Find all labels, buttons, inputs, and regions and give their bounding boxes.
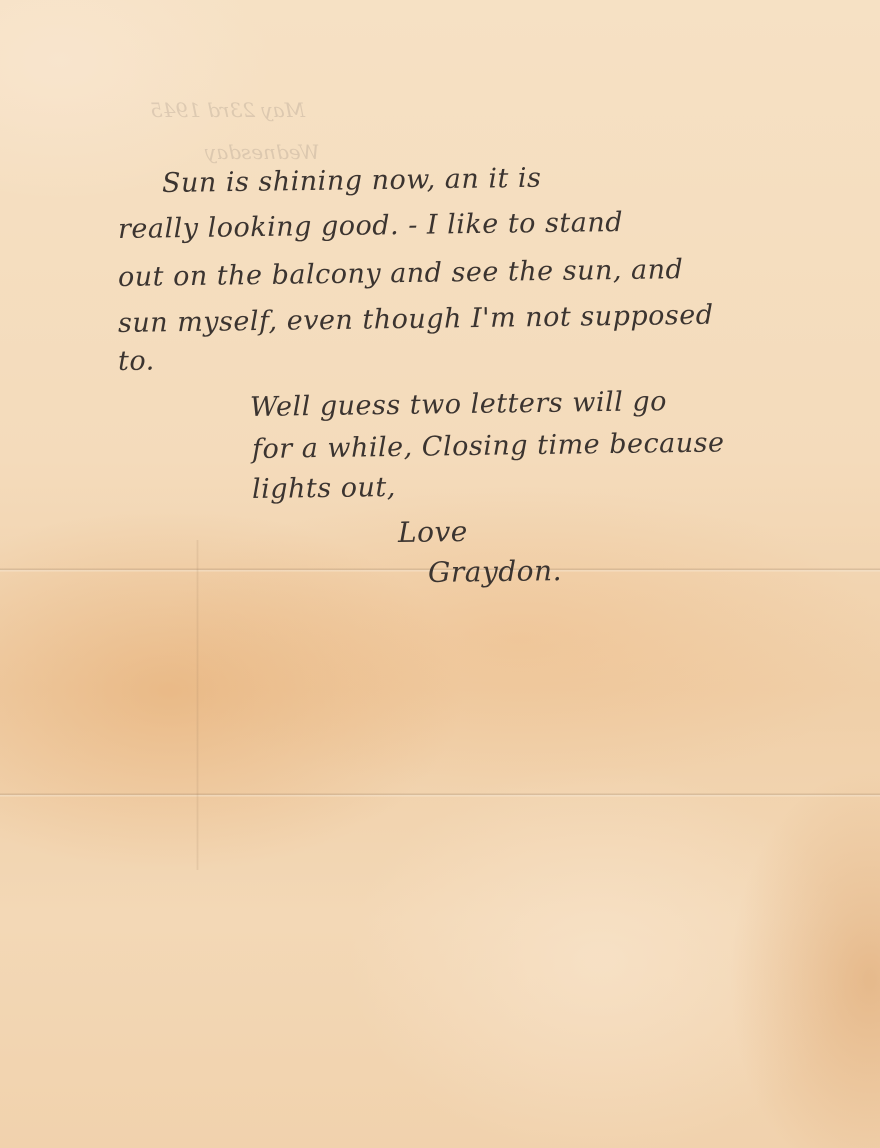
signature: Graydon. xyxy=(428,554,562,589)
fold-line-lower xyxy=(0,793,880,797)
valediction: Love xyxy=(398,515,468,549)
line-5: to. xyxy=(118,345,155,377)
fold-crease-vertical xyxy=(196,540,199,870)
line-8: lights out, xyxy=(252,472,396,505)
line-6: Well guess two letters will go xyxy=(250,386,667,423)
line-7: for a while, Closing time because xyxy=(252,427,725,465)
line-1: Sun is shining now, an it is xyxy=(162,163,542,199)
